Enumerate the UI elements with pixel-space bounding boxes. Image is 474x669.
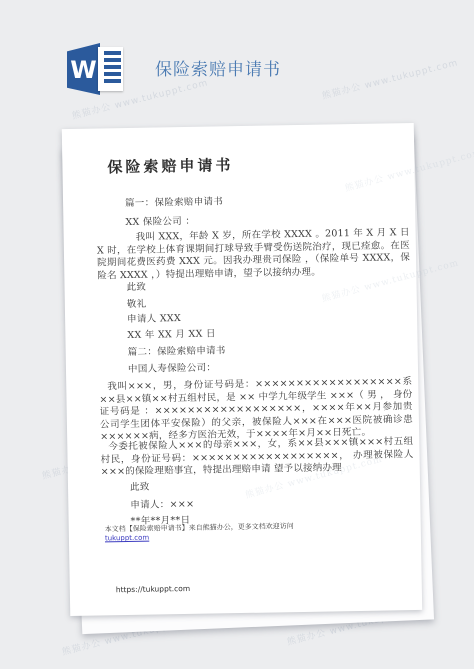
part2-signer: 申请人：××× bbox=[130, 499, 194, 512]
doc-line-icon bbox=[104, 58, 121, 62]
doc-line-icon bbox=[104, 65, 121, 69]
part1-signer: 申请人 XXX bbox=[127, 313, 181, 326]
source-link[interactable]: tukuppt.com bbox=[105, 534, 149, 544]
part1-salute: 敬礼 bbox=[127, 299, 147, 311]
watermark-text: 熊猫办公 www.tukuppt.com bbox=[343, 145, 474, 194]
header: W 保险索赔申请书 bbox=[0, 0, 474, 110]
part1-body: 我叫 XXX，年龄 X 岁，所在学校 XXXX 。2011 年 X 月 X 日 … bbox=[97, 227, 411, 282]
part2-body2: 今委托被保险人×××的母亲×××，女，系××县×××镇×××村五组村民，身份证号… bbox=[100, 436, 414, 479]
part1-heading: 篇一：保险索赔申请书 bbox=[125, 196, 223, 210]
doc-line-icon bbox=[104, 51, 121, 55]
doc-title: 保险索赔申请书 bbox=[107, 156, 233, 176]
document-page: 熊猫办公 www.tukuppt.com 熊猫办公 www.tukuppt.co… bbox=[62, 123, 422, 616]
part1-closing: 此致 bbox=[126, 282, 146, 294]
word-logo-letter: W bbox=[70, 58, 96, 82]
part2-closing: 此致 bbox=[130, 482, 150, 494]
page-title: 保险索赔申请书 bbox=[155, 58, 281, 82]
doc-line-icon bbox=[104, 72, 121, 76]
word-logo-panel: W bbox=[67, 43, 100, 95]
part2-body1: 我叫×××，男，身份证号码是：××××××××××××××××××系××县××镇… bbox=[99, 376, 413, 444]
part1-date: XX 年 XX 月 XX 日 bbox=[127, 328, 216, 342]
doc-line-icon bbox=[104, 79, 121, 83]
part2-salutation: 中国人寿保险公司： bbox=[128, 362, 216, 376]
part2-heading: 篇二：保险索赔申请书 bbox=[128, 345, 226, 359]
part1-salutation: XX 保险公司 ： bbox=[125, 216, 195, 229]
ms-word-icon: W bbox=[64, 40, 126, 98]
footer-url: https://tukuppt.com bbox=[116, 584, 190, 594]
word-doc-page-icon bbox=[98, 47, 123, 91]
